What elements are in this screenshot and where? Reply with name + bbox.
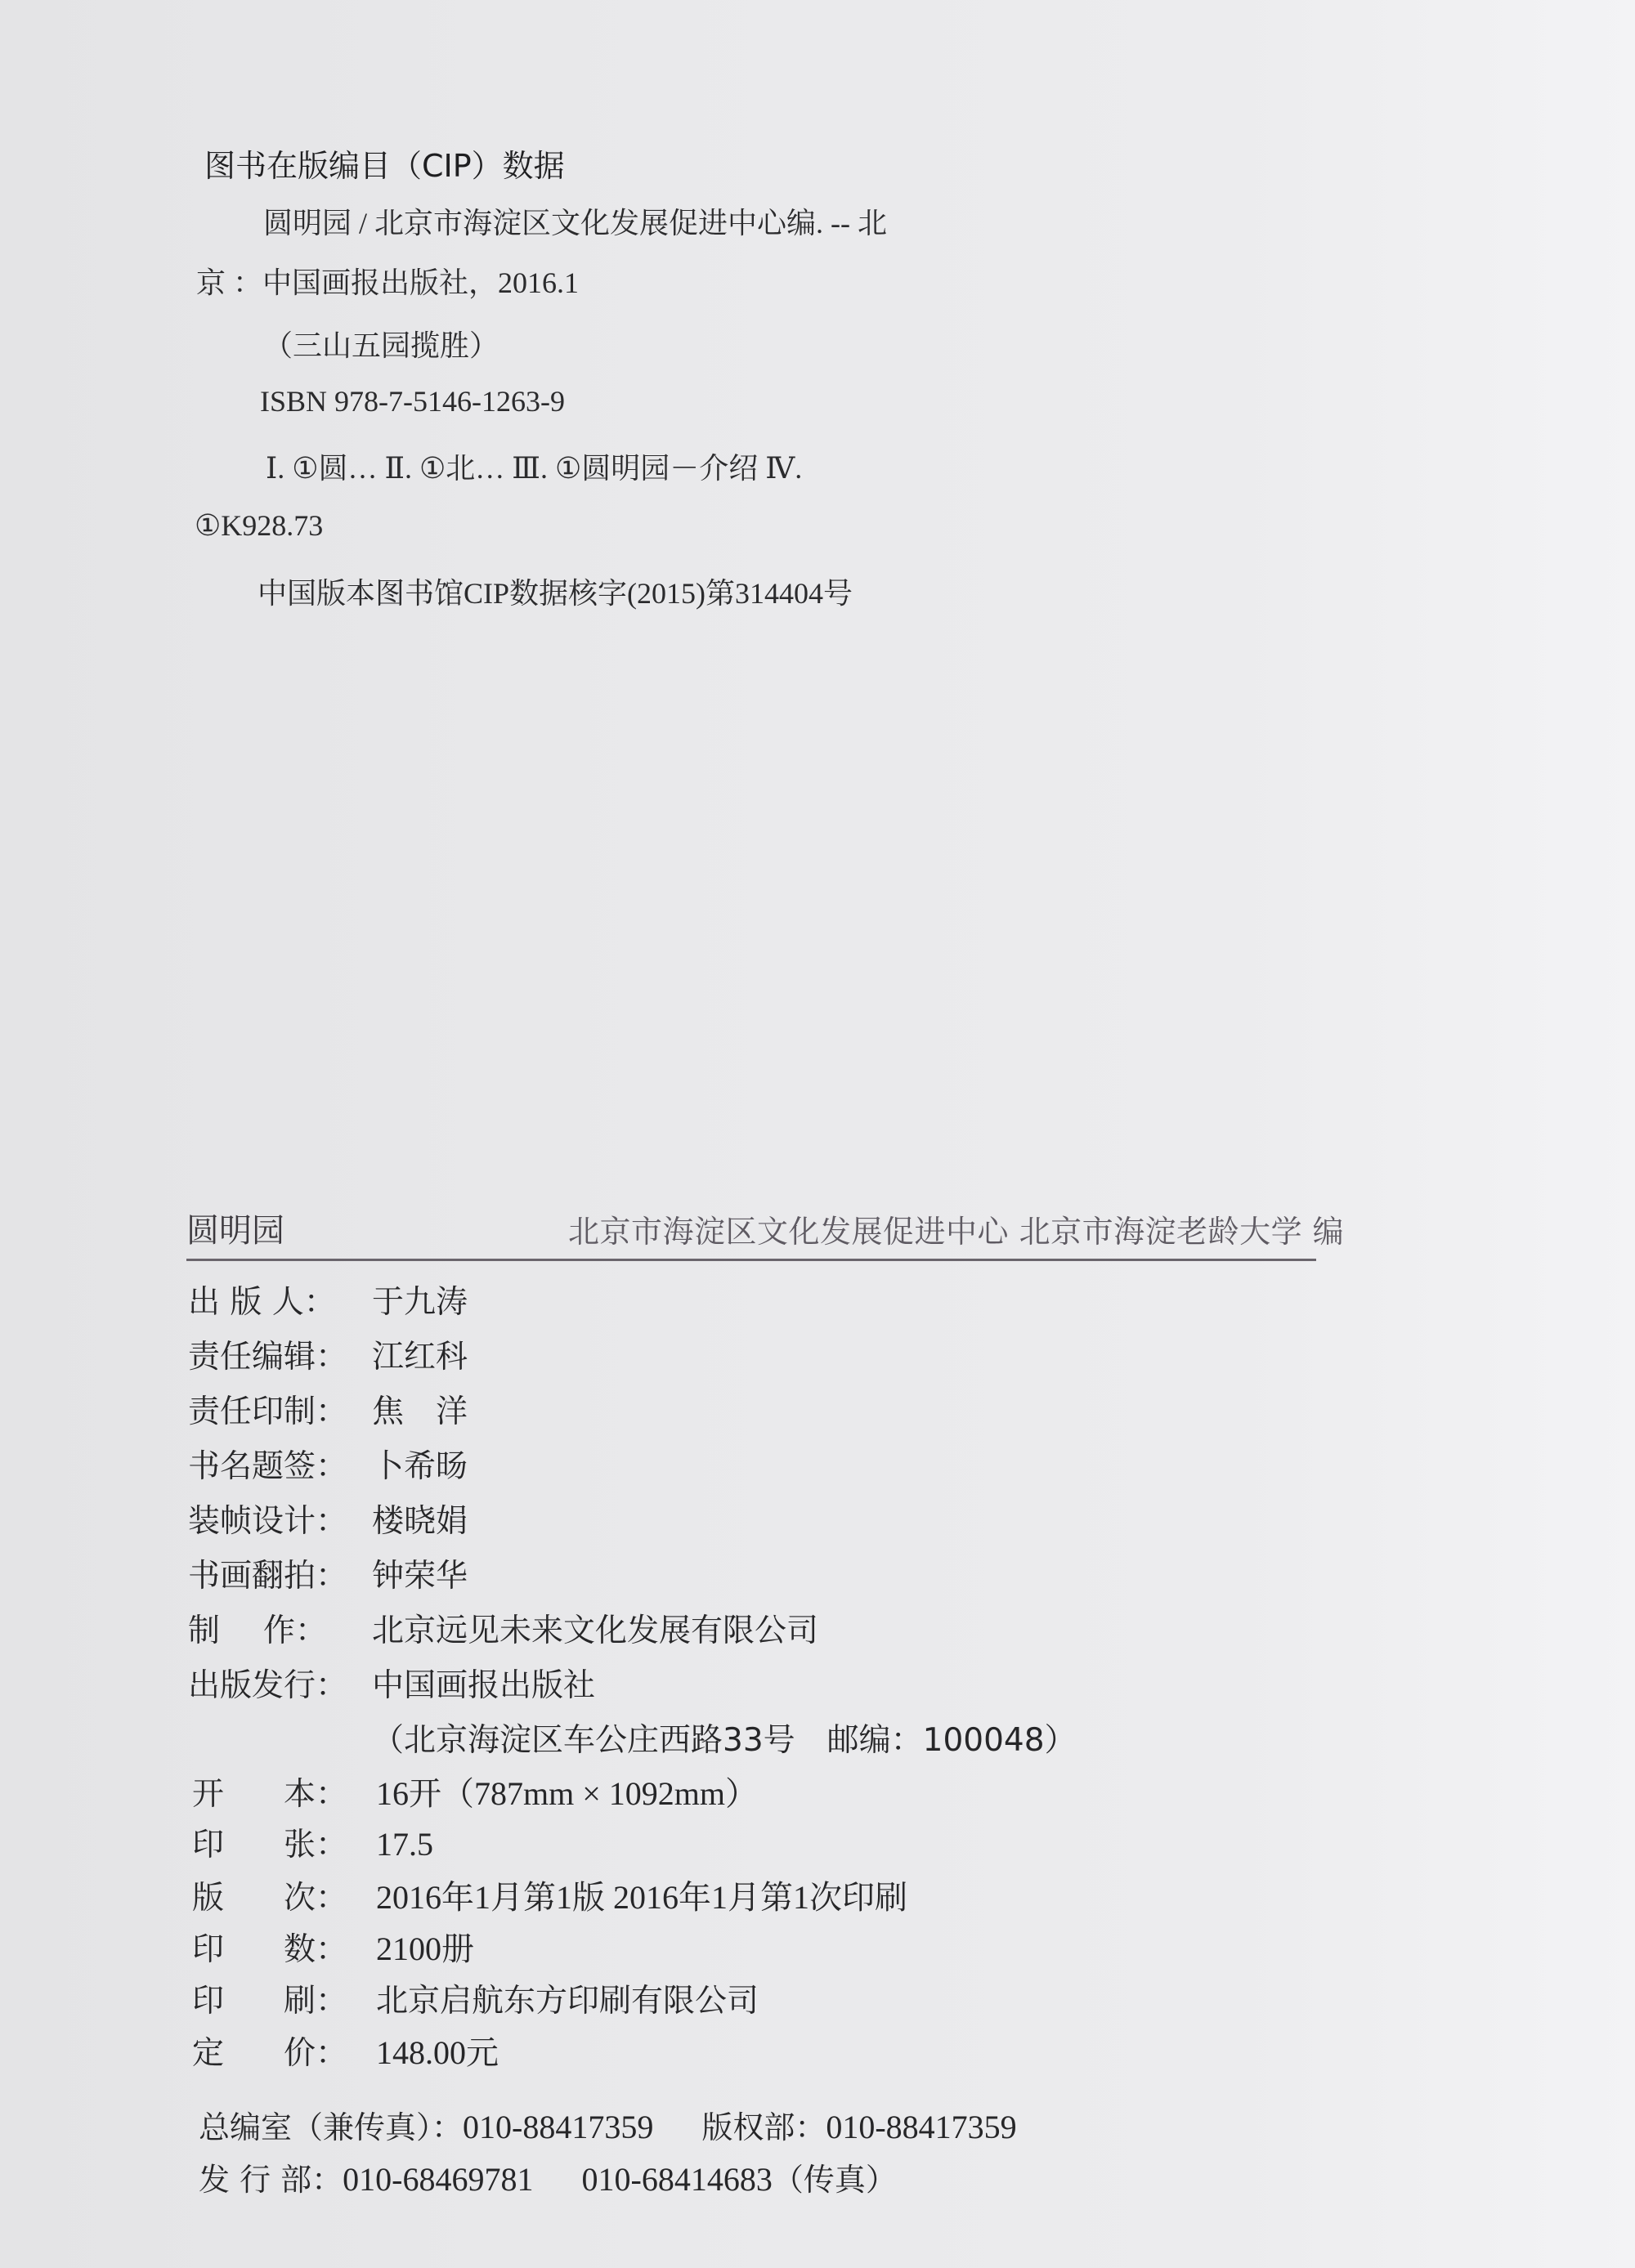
spec-label-b: 张： <box>284 1819 347 1865</box>
spec-label-b: 价： <box>284 2028 347 2073</box>
spec-print-run: 印 数： 2100册 <box>192 1923 474 1969</box>
cip-line-2: 京 ：中国画报出版社，2016.1 <box>196 260 579 302</box>
spec-label-b: 次： <box>284 1872 347 1918</box>
credit-publisher: 出 版 人： 于九涛 <box>188 1277 468 1322</box>
editorial-phone: 010-88417359 <box>463 2109 653 2145</box>
credit-label: 责任编辑： <box>188 1331 372 1377</box>
spec-value: 17.5 <box>376 1825 433 1863</box>
distribution-label: 发 行 部： <box>199 2162 343 2198</box>
spec-label-b: 刷： <box>284 1975 347 2021</box>
editorial-label: 总编室（兼传真）： <box>199 2109 463 2145</box>
spec-format: 开 本： 16开（787mm × 1092mm） <box>192 1768 758 1814</box>
credit-photography: 书画翻拍： 钟荣华 <box>188 1550 468 1596</box>
credit-label: 出 版 人： <box>188 1277 372 1322</box>
spec-value: 16开（787mm × 1092mm） <box>376 1768 758 1814</box>
credit-production: 制 作： 北京远见未来文化发展有限公司 <box>188 1605 818 1651</box>
address-value: （北京海淀区车公庄西路33号 邮编：100048） <box>372 1715 1077 1760</box>
fax-note: （传真） <box>773 2162 897 2198</box>
credit-editor: 责任编辑： 江红科 <box>188 1331 468 1377</box>
credit-value: 于九涛 <box>372 1277 468 1322</box>
spec-value: 北京启航东方印刷有限公司 <box>376 1975 759 2021</box>
credit-label: 制 作： <box>188 1605 327 1651</box>
credit-distributor: 出版发行： 中国画报出版社 <box>188 1660 595 1706</box>
credit-value: 江红科 <box>372 1331 468 1377</box>
credit-value: 中国画报出版社 <box>372 1660 595 1706</box>
spec-label: 印 数： <box>192 1924 347 1970</box>
spec-label-a: 定 <box>192 2028 224 2073</box>
distribution-phone-1: 010-68469781 <box>343 2161 533 2198</box>
cip-record-number: 中国版本图书馆CIP数据核字(2015)第314404号 <box>258 570 853 612</box>
credit-label: 装帧设计： <box>188 1496 372 1541</box>
spec-label-a: 印 <box>192 1819 224 1865</box>
spec-price: 定 价： 148.00元 <box>192 2027 499 2073</box>
spec-sheets: 印 张： 17.5 <box>192 1819 433 1865</box>
copyright-phone: 010-88417359 <box>826 2109 1016 2145</box>
credit-print-supervisor: 责任印制： 焦 洋 <box>188 1386 468 1432</box>
credit-label-b: 作： <box>263 1605 327 1651</box>
publisher-address: （北京海淀区车公庄西路33号 邮编：100048） <box>372 1715 1077 1760</box>
spec-label-a: 印 <box>192 1924 224 1970</box>
credit-value: 焦 洋 <box>372 1386 468 1432</box>
cip-line-1: 圆明园 / 北京市海淀区文化发展促进中心编. -- 北 <box>263 200 887 242</box>
spec-printer: 印 刷： 北京启航东方印刷有限公司 <box>192 1975 759 2021</box>
spec-label-b: 数： <box>284 1924 347 1970</box>
credit-value: 卜希旸 <box>372 1441 468 1487</box>
divider-rule <box>186 1259 1316 1261</box>
spec-label-a: 印 <box>192 1975 224 2021</box>
spec-label: 印 刷： <box>192 1975 347 2021</box>
cip-classification: Ⅰ. ①圆… Ⅱ. ①北… Ⅲ. ①圆明园－介绍 Ⅳ. <box>266 445 802 487</box>
credit-value: 楼晓娟 <box>372 1496 468 1541</box>
spec-label-b: 本： <box>284 1769 347 1814</box>
distribution-phone-2: 010-68414683 <box>582 2161 773 2198</box>
spec-value: 2100册 <box>376 1923 474 1970</box>
editors-line: 北京市海淀区文化发展促进中心 北京市海淀老龄大学 编 <box>568 1206 1344 1251</box>
spec-value: 148.00元 <box>376 2027 499 2073</box>
book-title: 圆明园 <box>186 1205 284 1251</box>
spec-label-a: 版 <box>192 1872 224 1918</box>
credit-value: 北京远见未来文化发展有限公司 <box>372 1605 818 1651</box>
cip-series: （三山五园揽胜） <box>263 323 499 365</box>
spec-label: 版 次： <box>192 1872 347 1918</box>
credit-title-calligraphy: 书名题签： 卜希旸 <box>188 1441 468 1487</box>
spec-label-a: 开 <box>192 1769 224 1814</box>
credit-label: 书画翻拍： <box>188 1550 372 1596</box>
credit-label: 出版发行： <box>188 1660 372 1706</box>
spec-label: 开 本： <box>192 1769 347 1814</box>
credit-label: 书名题签： <box>188 1441 372 1487</box>
spec-label: 定 价： <box>192 2028 347 2073</box>
spec-label: 印 张： <box>192 1819 347 1865</box>
credit-label: 责任印制： <box>188 1386 372 1432</box>
cip-class-number: ①K928.73 <box>195 508 323 543</box>
credit-label-a: 制 <box>188 1605 220 1651</box>
contact-row-2: 发 行 部：010-68469781 010-68414683（传真） <box>199 2154 897 2199</box>
cip-isbn: ISBN 978-7-5146-1263-9 <box>260 384 565 418</box>
copyright-label: 版权部： <box>701 2109 826 2145</box>
cip-title: 图书在版编目（CIP）数据 <box>204 141 565 186</box>
credit-binding-design: 装帧设计： 楼晓娟 <box>188 1496 468 1541</box>
spec-value: 2016年1月第1版 2016年1月第1次印刷 <box>376 1872 907 1918</box>
credit-value: 钟荣华 <box>372 1550 468 1596</box>
spec-edition: 版 次： 2016年1月第1版 2016年1月第1次印刷 <box>192 1872 907 1917</box>
contact-row-1: 总编室（兼传真）：010-88417359 版权部：010-88417359 <box>199 2102 1017 2147</box>
